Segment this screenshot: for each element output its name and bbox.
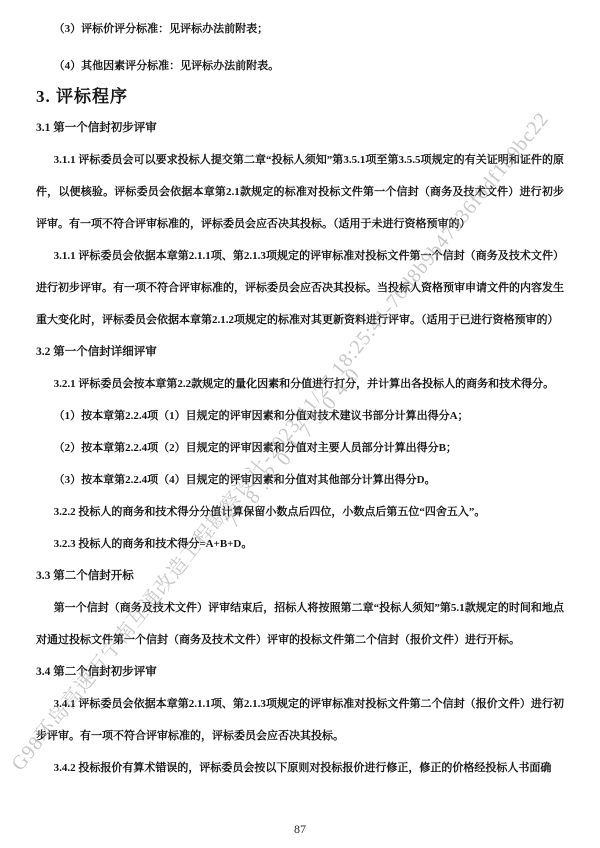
paragraph: 3.2.2 投标人的商务和技术得分分值计算保留小数点后四位，小数点后第五位“四舍… xyxy=(36,496,564,528)
list-item: （1）按本章第2.2.4项（1）目规定的评审因素和分值对技术建议书部分计算出得分… xyxy=(36,400,564,432)
paragraph: 3.4.1 评标委员会依据本章第2.1.1项、第2.1.3项规定的评审标准对投标… xyxy=(36,688,564,752)
chapter-heading: 3. 评标程序 xyxy=(36,82,564,112)
page-number: 87 xyxy=(0,822,600,837)
section-heading: 3.2 第一个信封详细评审 xyxy=(36,336,564,368)
paragraph: 3.1.1 评标委员会依据本章第2.1.1项、第2.1.3项规定的评审标准对投标… xyxy=(36,240,564,336)
section-heading: 3.3 第二个信封开标 xyxy=(36,560,564,592)
paragraph: 第一个信封（商务及技术文件）评审结束后，招标人将按照第二章“投标人须知”第5.1… xyxy=(36,592,564,656)
paragraph: 3.1.1 评标委员会可以要求投标人提交第二章“投标人须知”第3.5.1项至第3… xyxy=(36,144,564,240)
section-heading: 3.4 第二个信封初步评审 xyxy=(36,656,564,688)
list-item: （2）按本章第2.2.4项（2）目规定的评审因素和分值对主要人员部分计算出得分B… xyxy=(36,432,564,464)
paragraph: 3.2.3 投标人的商务和技术得分=A+B+D。 xyxy=(36,528,564,560)
paragraph: 3.4.2 投标报价有算术错误的，评标委员会按以下原则对投标报价进行修正，修正的… xyxy=(36,752,564,784)
section-heading: 3.1 第一个信封初步评审 xyxy=(36,112,564,144)
document-body: （3）评标价评分标准：见评标办法前附表； （4）其他因素评分标准：见评标办法前附… xyxy=(0,0,600,784)
list-item: （3）评标价评分标准：见评标办法前附表； xyxy=(36,13,564,45)
list-item: （4）其他因素评分标准：见评标办法前附表。 xyxy=(36,50,564,82)
paragraph: 3.2.1 评标委员会按本章第2.2款规定的量化因素和分值进行打分，并计算出各投… xyxy=(36,368,564,400)
document-page: G98环岛高速万宁南互通改造工程勘察设计-2023/11/27 18:25:41… xyxy=(0,0,600,848)
list-item: （3）按本章第2.2.4项（4）目规定的评审因素和分值对其他部分计算出得分D。 xyxy=(36,464,564,496)
